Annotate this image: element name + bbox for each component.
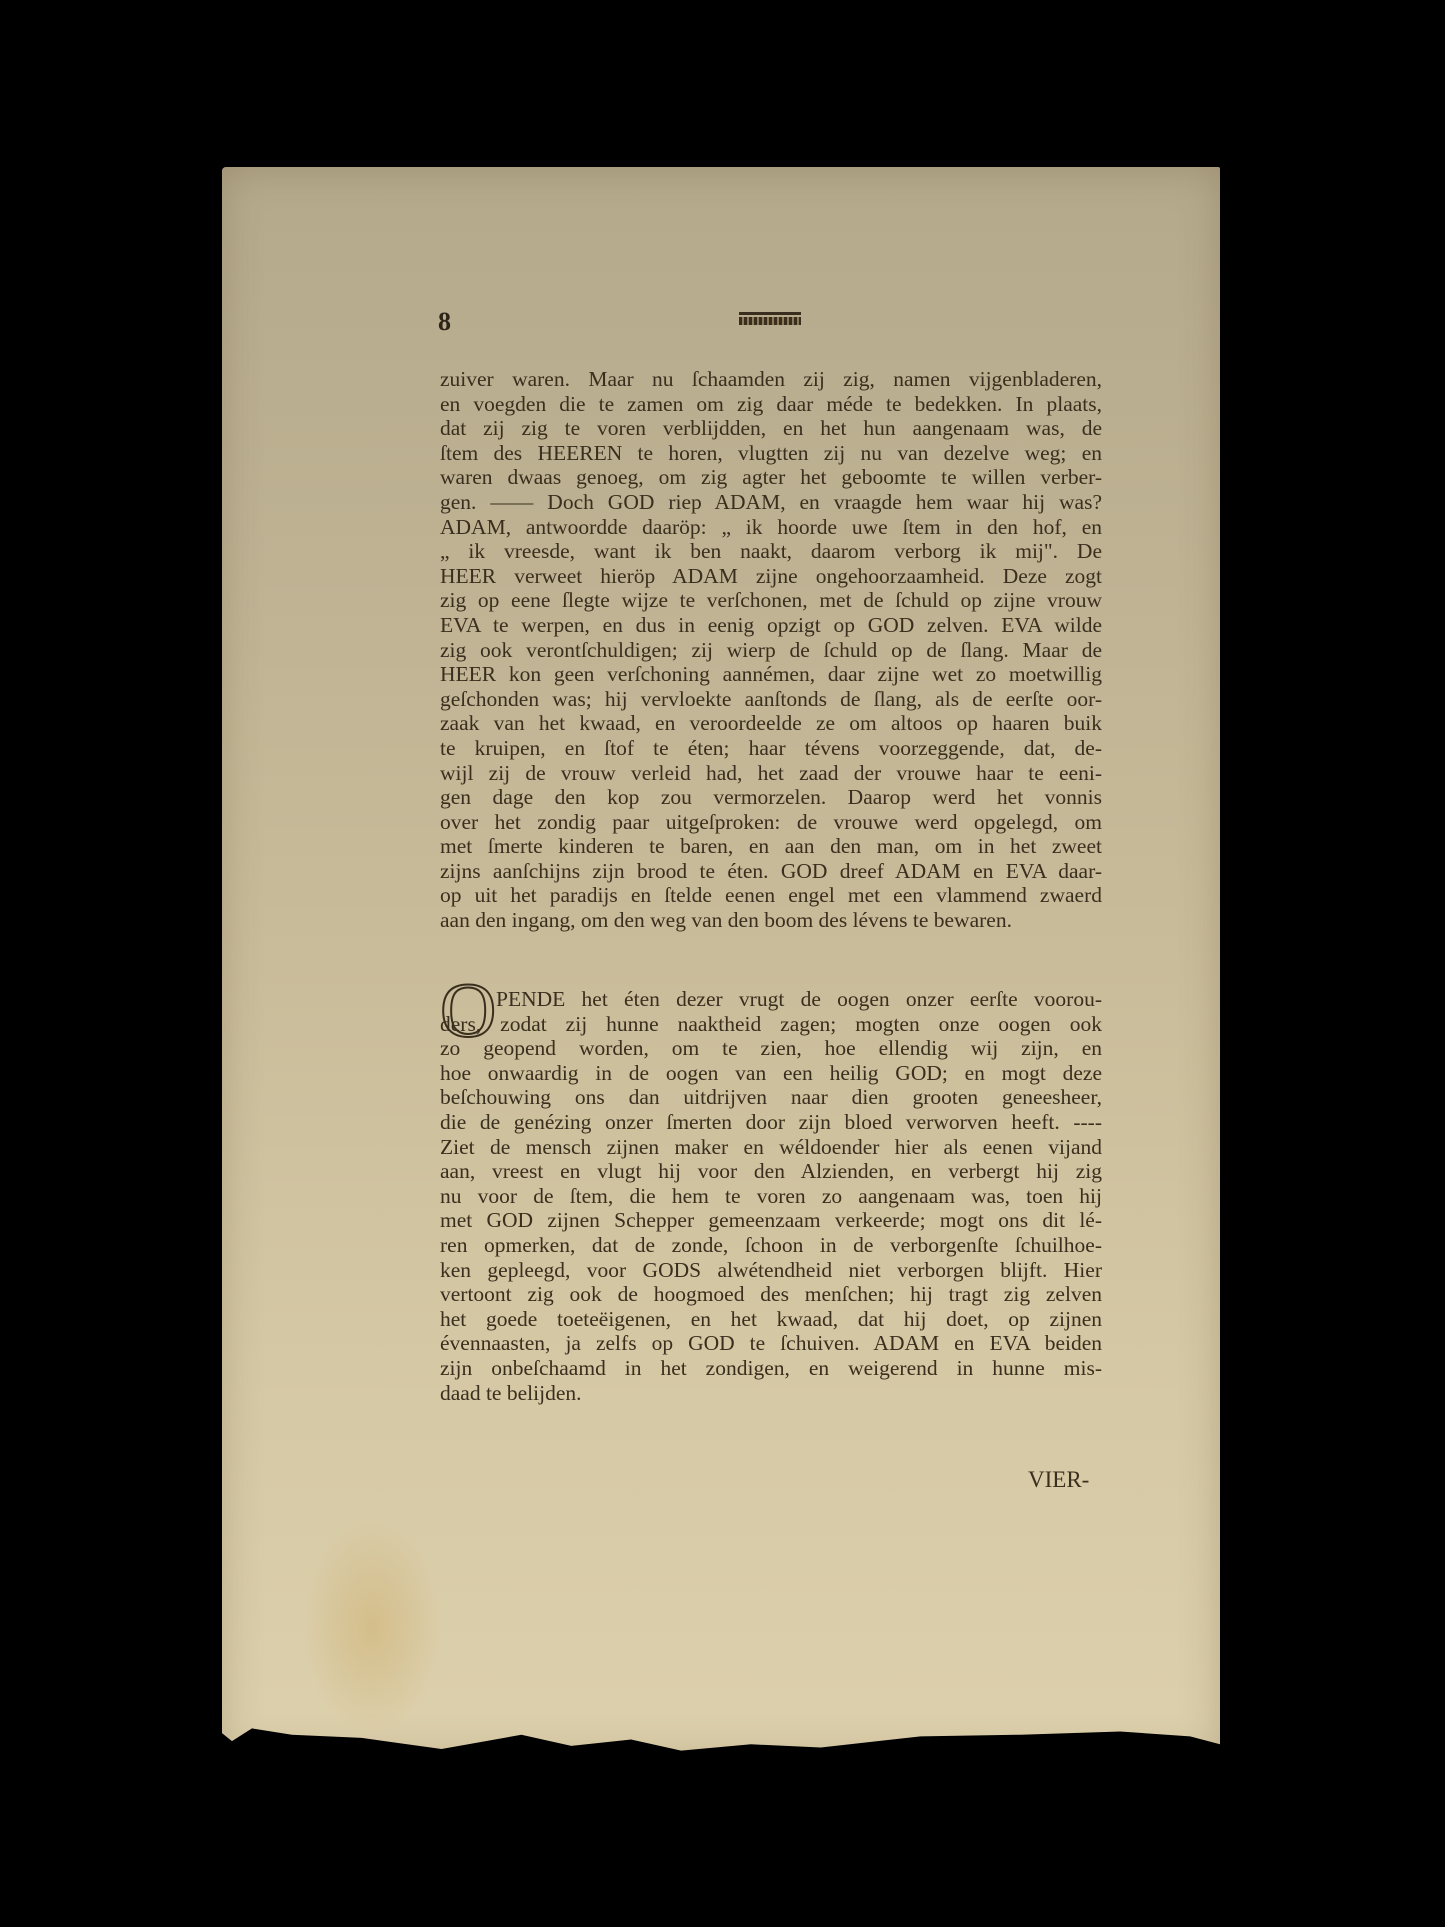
text-line: hoe onwaardig in de oogen van een heilig… (440, 1061, 1102, 1086)
text-line: dat zij zig te voren verblijdden, en het… (440, 416, 1102, 441)
text-line: aan den ingang, om den weg van den boom … (440, 908, 1102, 933)
text-line: zuiver waren. Maar nu ſchaamden zij zig,… (440, 367, 1102, 392)
paragraph-1: zuiver waren. Maar nu ſchaamden zij zig,… (440, 367, 1102, 933)
text-line: het goede toeteëigenen, en het kwaad, da… (440, 1307, 1102, 1332)
text-line: zaak van het kwaad, en veroordeelde ze o… (440, 711, 1102, 736)
text-line: EVA te werpen, en dus in eenig opzigt op… (440, 613, 1102, 638)
text-line: ADAM, antwoordde daaröp: „ ik hoorde uwe… (440, 515, 1102, 540)
text-line: geſchonden was; hij vervloekte aanſtonds… (440, 687, 1102, 712)
text-line: ſtem des HEEREN te horen, vlugtten zij n… (440, 441, 1102, 466)
book-page: 8 zuiver waren. Maar nu ſchaamden zij zi… (222, 167, 1220, 1757)
text-line: waren dwaas genoeg, om zig agter het geb… (440, 465, 1102, 490)
paragraph-2: PENDE het éten dezer vrugt de oogen onze… (440, 987, 1102, 1405)
text-line: zijns aanſchijns zijn brood te éten. GOD… (440, 859, 1102, 884)
text-line: ren opmerken, dat de zonde, ſchoon in de… (440, 1233, 1102, 1258)
text-line: wijl zij de vrouw verleid had, het zaad … (440, 761, 1102, 786)
text-line: gen dage den kop zou vermorzelen. Daarop… (440, 785, 1102, 810)
foxing-stain (302, 1517, 442, 1737)
text-line: daad te belijden. (440, 1381, 1102, 1406)
text-line: gen. —— Doch GOD riep ADAM, en vraagde h… (440, 490, 1102, 515)
text-line: zig ook verontſchuldigen; zij wierp de ſ… (440, 638, 1102, 663)
text-line: met GOD zijnen Schepper gemeenzaam verke… (440, 1208, 1102, 1233)
text-line: Ziet de mensch zijnen maker en wéldoende… (440, 1135, 1102, 1160)
text-line: ders, zodat zij hunne naaktheid zagen; m… (440, 1012, 1102, 1037)
text-line: te kruipen, en ſtof te éten; haar tévens… (440, 736, 1102, 761)
text-line: vertoont zig ook de hoogmoed des menſche… (440, 1282, 1102, 1307)
text-line: HEER kon geen verſchoning aannémen, daar… (440, 662, 1102, 687)
text-line: die de genézing onzer ſmerten door zijn … (440, 1110, 1102, 1135)
text-line: over het zondig paar uitgeſproken: de vr… (440, 810, 1102, 835)
text-line: PENDE het éten dezer vrugt de oogen onze… (440, 987, 1102, 1012)
catchword: VIER- (1028, 1467, 1089, 1493)
text-line: op uit het paradijs en ſtelde eenen enge… (440, 883, 1102, 908)
text-line: beſchouwing ons dan uitdrijven naar dien… (440, 1085, 1102, 1110)
text-line: zig op eene ſlegte wijze te verſchonen, … (440, 588, 1102, 613)
header-ornament-icon (739, 312, 801, 326)
text-line: nu voor de ſtem, die hem te voren zo aan… (440, 1184, 1102, 1209)
text-line: évennaasten, ja zelfs op GOD te ſchuiven… (440, 1331, 1102, 1356)
text-line: zijn onbeſchaamd in het zondigen, en wei… (440, 1356, 1102, 1381)
page-number: 8 (438, 307, 451, 337)
text-line: zo geopend worden, om te zien, hoe ellen… (440, 1036, 1102, 1061)
text-line: met ſmerte kinderen te baren, en aan den… (440, 834, 1102, 859)
text-line: HEER verweet hieröp ADAM zijne ongehoorz… (440, 564, 1102, 589)
text-line: en voegden die te zamen om zig daar méde… (440, 392, 1102, 417)
text-line: ken gepleegd, voor GODS alwétendheid nie… (440, 1258, 1102, 1283)
text-line: aan, vreest en vlugt hij voor den Alzien… (440, 1159, 1102, 1184)
text-line: „ ik vreesde, want ik ben naakt, daarom … (440, 539, 1102, 564)
